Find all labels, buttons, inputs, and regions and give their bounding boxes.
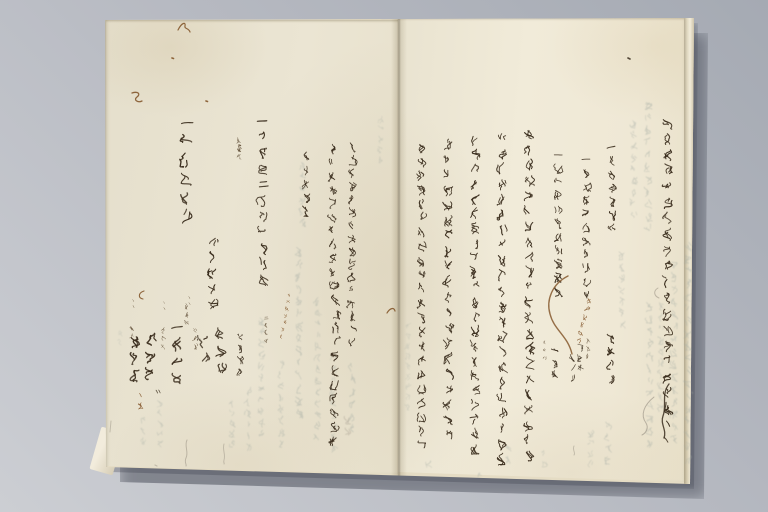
binding-gutter (391, 18, 407, 478)
left-page (106, 20, 398, 474)
open-book (104, 18, 694, 484)
photo-of-open-manuscript-book (0, 0, 768, 512)
right-page (398, 18, 686, 482)
